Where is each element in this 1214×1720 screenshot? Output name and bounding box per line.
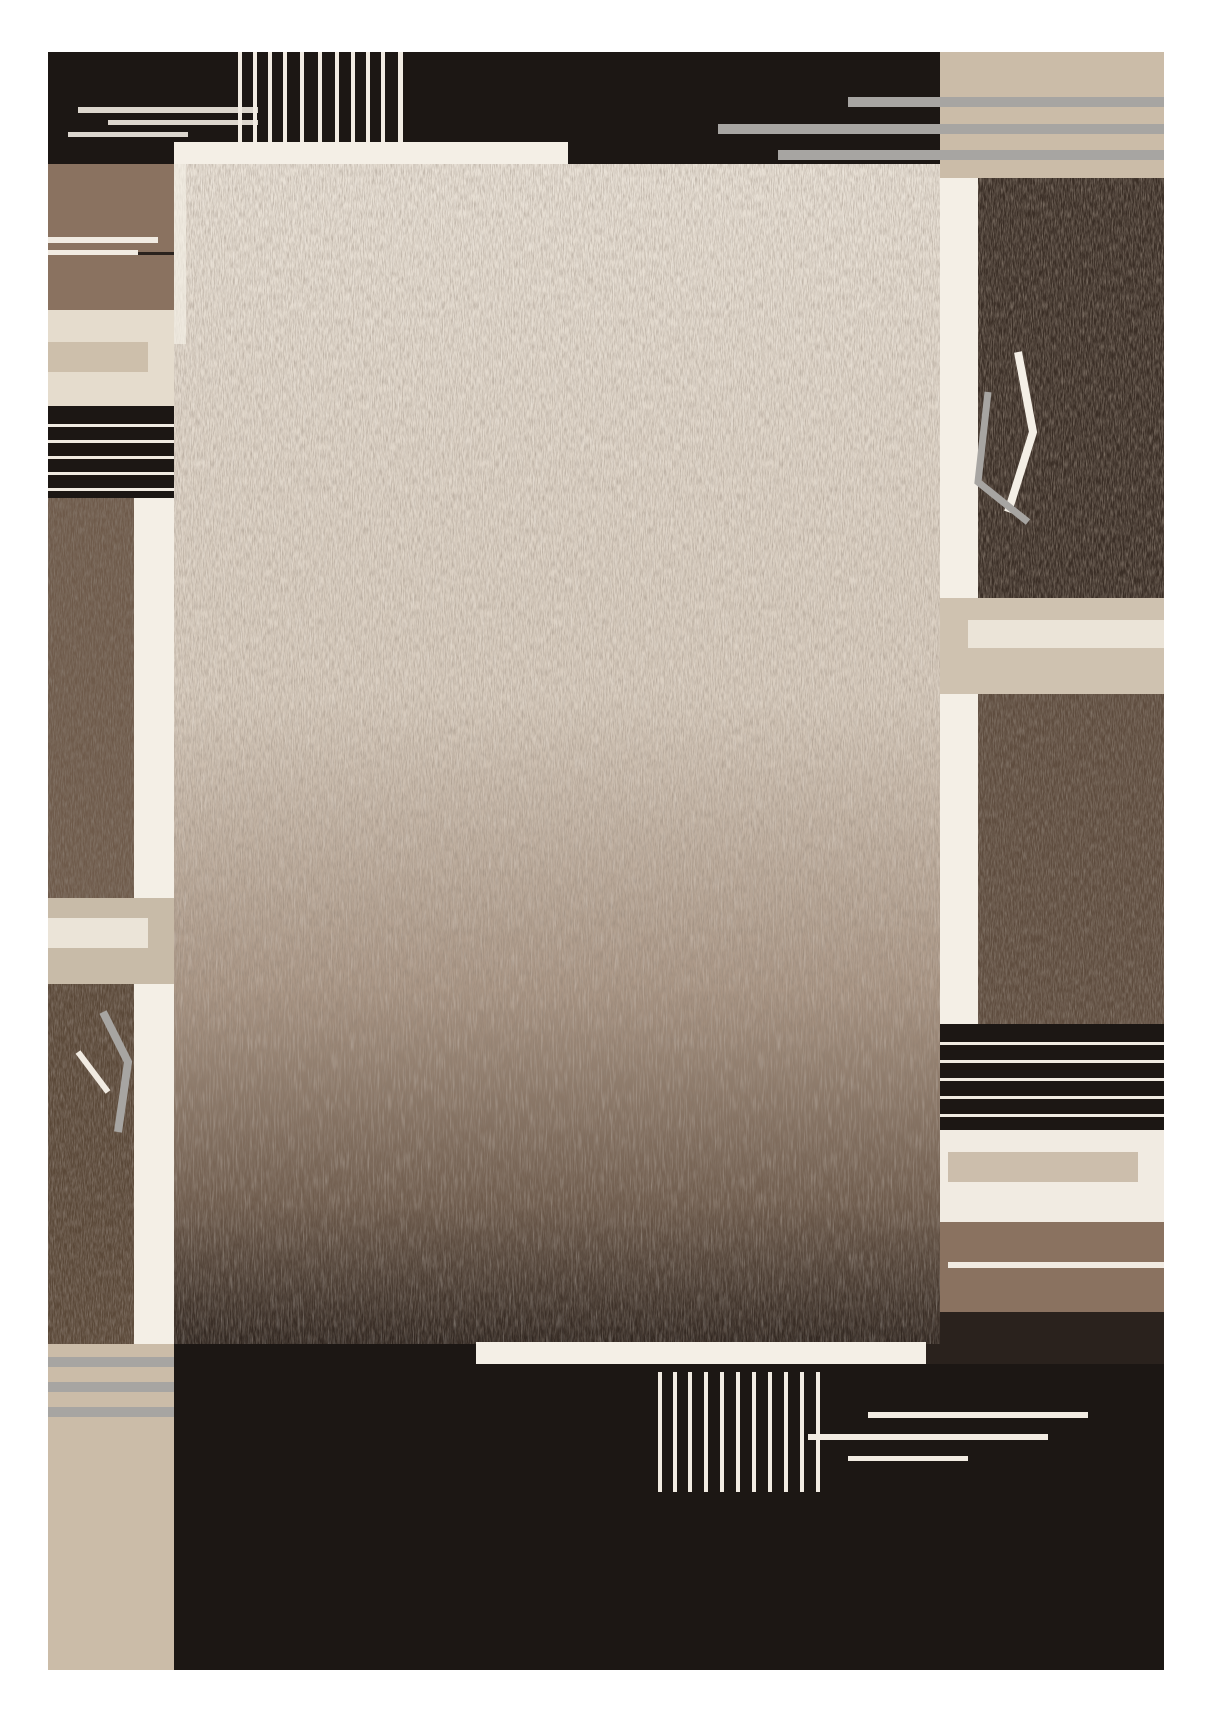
rug-image [48, 52, 1164, 1670]
rug-illustration [48, 52, 1164, 1670]
